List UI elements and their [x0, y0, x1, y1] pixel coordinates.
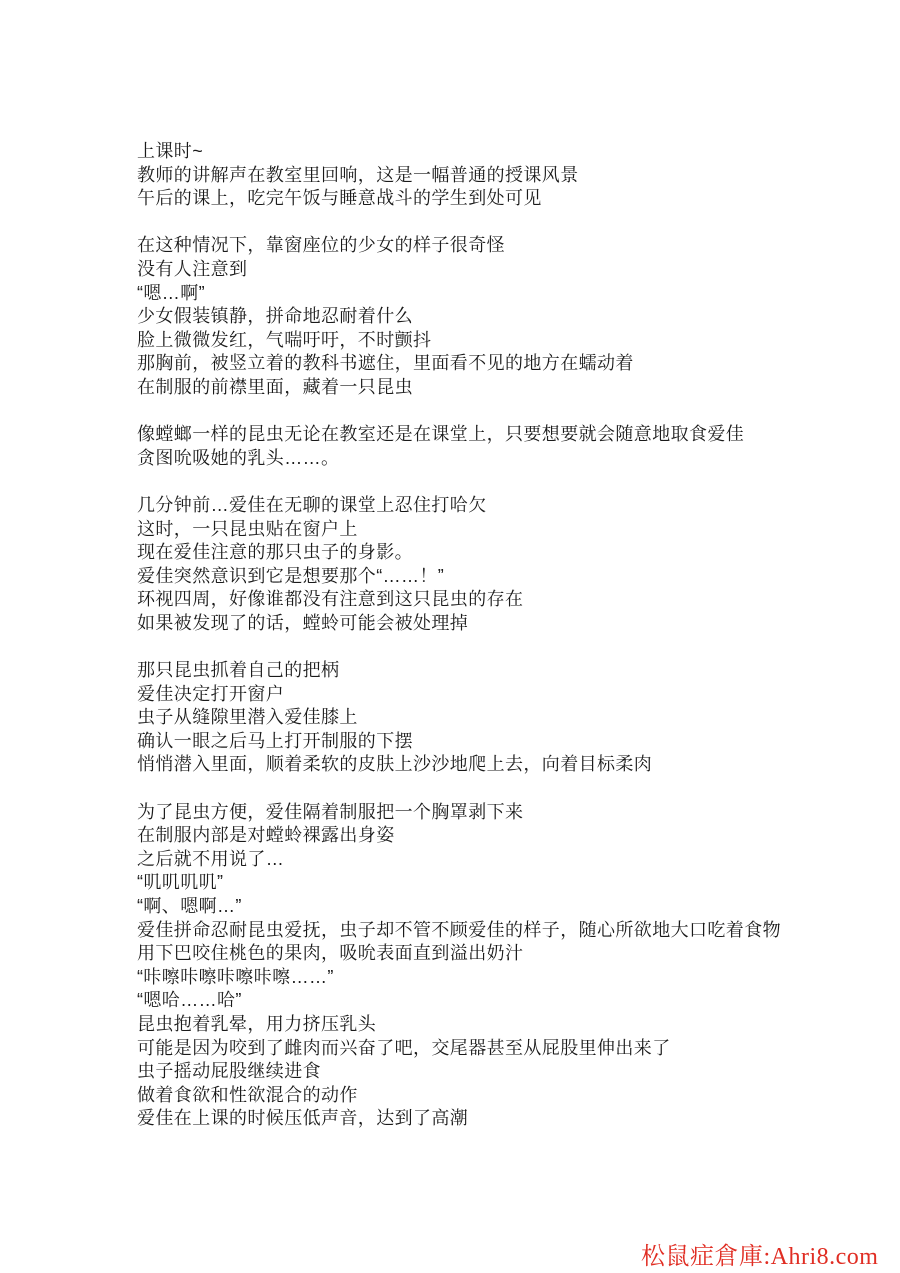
text-line: 在制服内部是对螳蛉裸露出身姿: [137, 824, 817, 848]
text-line: [137, 635, 817, 659]
document-page: 上课时~教师的讲解声在教室里回响，这是一幅普通的授课风景午后的课上，吃完午饭与睡…: [0, 0, 900, 1273]
text-line: “叽叽叽叽”: [137, 871, 817, 895]
text-line: 现在爱佳注意的那只虫子的身影。: [137, 541, 817, 565]
text-line: 之后就不用说了…: [137, 848, 817, 872]
text-line: 教师的讲解声在教室里回响，这是一幅普通的授课风景: [137, 164, 817, 188]
text-line: 虫子摇动屁股继续进食: [137, 1060, 817, 1084]
text-line: 少女假装镇静，拼命地忍耐着什么: [137, 305, 817, 329]
text-line: 悄悄潜入里面，顺着柔软的皮肤上沙沙地爬上去，向着目标柔肉: [137, 753, 817, 777]
text-line: 上课时~: [137, 140, 817, 164]
text-line: 爱佳在上课的时候压低声音，达到了高潮: [137, 1107, 817, 1131]
text-line: “啊、嗯啊…”: [137, 895, 817, 919]
text-line: 那胸前，被竖立着的教科书遮住，里面看不见的地方在蠕动着: [137, 352, 817, 376]
text-line: 环视四周，好像谁都没有注意到这只昆虫的存在: [137, 588, 817, 612]
document-text: 上课时~教师的讲解声在教室里回响，这是一幅普通的授课风景午后的课上，吃完午饭与睡…: [137, 140, 817, 1131]
text-line: 那只昆虫抓着自己的把柄: [137, 659, 817, 683]
text-line: 虫子从缝隙里潜入爱佳膝上: [137, 706, 817, 730]
text-line: “咔嚓咔嚓咔嚓咔嚓……”: [137, 966, 817, 990]
text-line: 用下巴咬住桃色的果肉，吸吮表面直到溢出奶汁: [137, 942, 817, 966]
text-line: [137, 400, 817, 424]
text-line: 昆虫抱着乳晕，用力挤压乳头: [137, 1013, 817, 1037]
text-line: 脸上微微发红，气喘吁吁，不时颤抖: [137, 329, 817, 353]
text-line: 确认一眼之后马上打开制服的下摆: [137, 730, 817, 754]
text-line: 像螳螂一样的昆虫无论在教室还是在课堂上，只要想要就会随意地取食爱佳: [137, 423, 817, 447]
text-line: 在这种情况下，靠窗座位的少女的样子很奇怪: [137, 234, 817, 258]
text-line: 爱佳拼命忍耐昆虫爱抚，虫子却不管不顾爱佳的样子，随心所欲地大口吃着食物: [137, 919, 817, 943]
site-watermark: 松鼠症倉庫:Ahri8.com: [641, 1236, 878, 1271]
text-line: [137, 470, 817, 494]
text-line: 做着食欲和性欲混合的动作: [137, 1084, 817, 1108]
text-line: 如果被发现了的话，螳蛉可能会被处理掉: [137, 612, 817, 636]
text-line: “嗯…啊”: [137, 282, 817, 306]
text-line: 为了昆虫方便，爱佳隔着制服把一个胸罩剥下来: [137, 801, 817, 825]
text-line: [137, 211, 817, 235]
text-line: 午后的课上，吃完午饭与睡意战斗的学生到处可见: [137, 187, 817, 211]
text-line: [137, 777, 817, 801]
text-line: 这时，一只昆虫贴在窗户上: [137, 518, 817, 542]
text-line: 几分钟前…爱佳在无聊的课堂上忍住打哈欠: [137, 494, 817, 518]
text-line: 爱佳决定打开窗户: [137, 683, 817, 707]
text-line: “嗯哈……哈”: [137, 989, 817, 1013]
text-line: 在制服的前襟里面，藏着一只昆虫: [137, 376, 817, 400]
text-line: 爱佳突然意识到它是想要那个“……！”: [137, 565, 817, 589]
text-line: 没有人注意到: [137, 258, 817, 282]
text-line: 可能是因为咬到了雌肉而兴奋了吧，交尾器甚至从屁股里伸出来了: [137, 1037, 817, 1061]
text-line: 贪图吮吸她的乳头……。: [137, 447, 817, 471]
